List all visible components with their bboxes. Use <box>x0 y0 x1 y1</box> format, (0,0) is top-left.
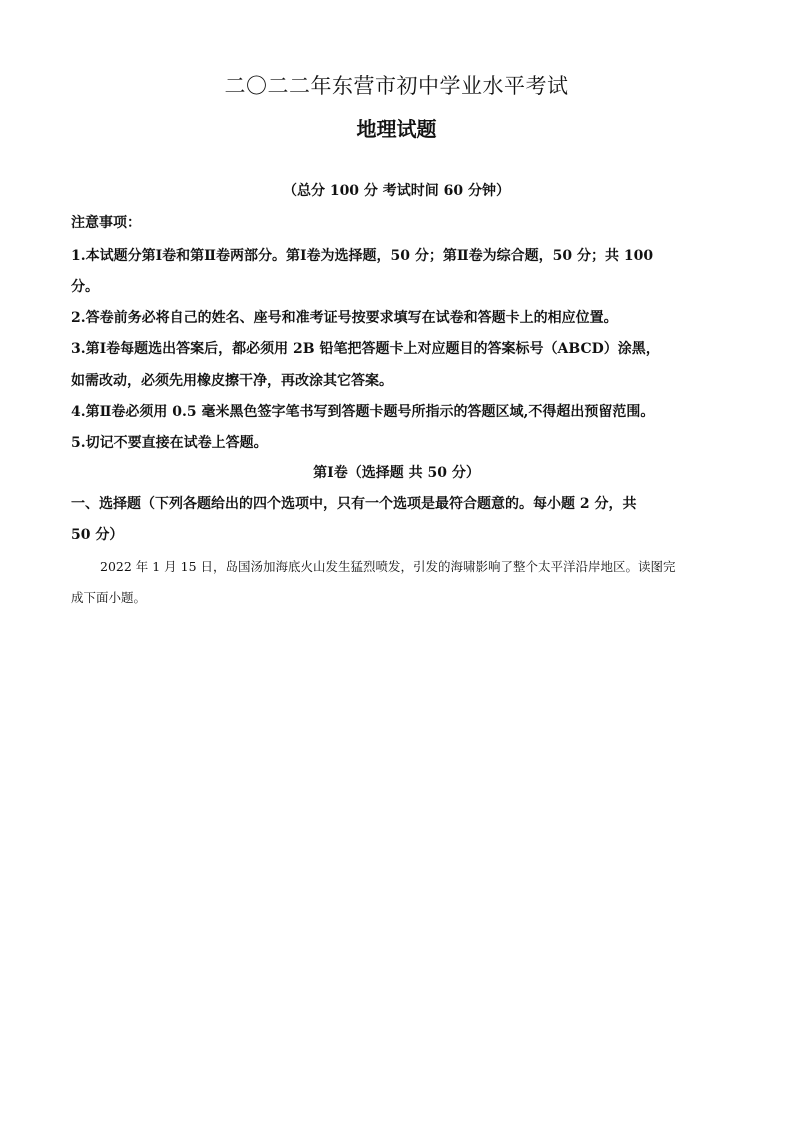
part-heading: 一、选择题（下列各题给出的四个选项中，只有一个选项是最符合题意的。每小题 2 分… <box>71 493 637 513</box>
exam-meta: （总分 100 分 考试时间 60 分钟） <box>0 180 793 200</box>
question-intro: 2022 年 1 月 15 日，岛国汤加海底火山发生猛烈喷发，引发的海啸影响了整… <box>100 557 676 575</box>
exam-subtitle: 地理试题 <box>0 113 793 142</box>
part-heading-cont: 50 分） <box>71 524 123 544</box>
notice-2: 2.答卷前务必将自己的姓名、座号和准考证号按要求填写在试卷和答题卡上的相应位置。 <box>71 307 618 327</box>
notice-1-cont: 分。 <box>71 276 99 296</box>
notice-4: 4.第Ⅱ卷必须用 0.5 毫米黑色签字笔书写到答题卡题号所指示的答题区域,不得超… <box>71 401 654 421</box>
notice-1: 1.本试题分第Ⅰ卷和第Ⅱ卷两部分。第Ⅰ卷为选择题，50 分；第Ⅱ卷为综合题，50… <box>71 245 653 265</box>
notice-heading: 注意事项： <box>71 212 141 232</box>
notice-5: 5.切记不要直接在试卷上答题。 <box>71 432 268 452</box>
section-title: 第Ⅰ卷（选择题 共 50 分） <box>0 462 793 482</box>
notice-3: 3.第Ⅰ卷每题选出答案后，都必须用 2B 铅笔把答题卡上对应题目的答案标号（AB… <box>71 338 660 358</box>
question-intro-cont: 成下面小题。 <box>71 588 146 606</box>
exam-title: 二〇二二年东营市初中学业水平考试 <box>0 70 793 100</box>
notice-3-cont: 如需改动，必须先用橡皮擦干净，再改涂其它答案。 <box>71 370 393 390</box>
